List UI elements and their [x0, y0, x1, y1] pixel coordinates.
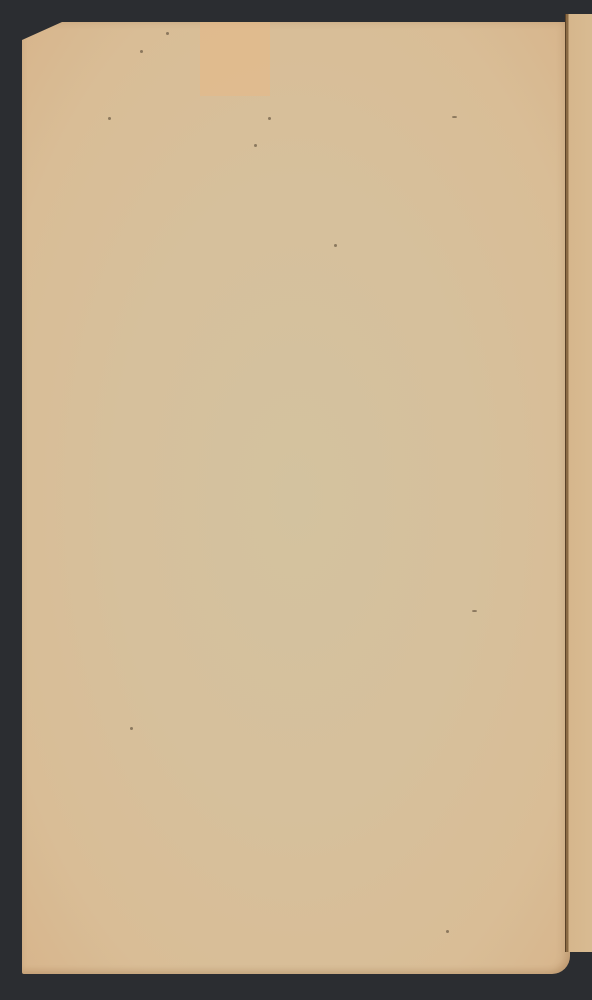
paper-speck — [140, 50, 143, 53]
torn-corner — [22, 22, 62, 40]
paper-speck — [268, 117, 271, 120]
paper-speck — [452, 116, 457, 118]
tape-residue-mark — [200, 22, 270, 96]
blank-page — [22, 22, 570, 974]
paper-speck — [254, 144, 257, 147]
paper-speck — [108, 117, 111, 120]
paper-speck — [130, 727, 133, 730]
paper-speck — [334, 244, 337, 247]
paper-speck — [472, 610, 477, 612]
paper-speck — [446, 930, 449, 933]
paper-speck — [166, 32, 169, 35]
adjacent-page-edge — [566, 14, 592, 952]
